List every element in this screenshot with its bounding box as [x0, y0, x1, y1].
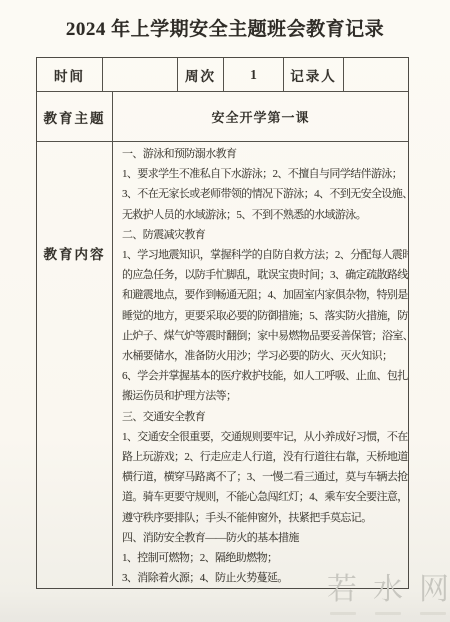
page-title: 2024 年上学期安全主题班会教育记录: [0, 14, 450, 41]
watermark-submark: [330, 612, 356, 615]
content-line: 止炉子、煤气炉等震时翻倒；家中易燃物品要妥善保管；浴室、: [122, 326, 404, 346]
watermark-submarks: [330, 612, 446, 615]
content-line: 睡觉的地方，更要采取必要的防御措施；5、落实防火措施，防: [122, 306, 404, 326]
record-table: 时间 周次 1 记录人 教育主题 安全开学第一课 教育内容 一、游泳和预防溺水教…: [36, 57, 409, 589]
content-line: 遵守秩序要排队；手头不能伸窗外，扶紧把手莫忘记。: [122, 508, 404, 528]
header-row: 时间 周次 1 记录人: [37, 58, 408, 91]
watermark-submark: [420, 612, 446, 615]
watermark-submark: [375, 612, 401, 615]
recorder-value-cell: [344, 58, 408, 91]
content-line: 二、防震减灾教育: [122, 225, 404, 245]
time-label: 时间: [37, 58, 103, 91]
content-line: 三、交通安全教育: [122, 407, 404, 427]
content-line: 搬运伤员和护理方法等；: [122, 386, 404, 406]
content-body: 一、游泳和预防溺水教育1、要求学生不准私自下水游泳；2、不擅自与同学结伴游泳；3…: [113, 142, 408, 586]
week-value: 1: [224, 58, 284, 91]
watermark: 若 水 网: [327, 574, 449, 606]
content-line: 和避震地点，要作到畅通无阻；4、加固室内家俱杂物，特别是: [122, 285, 404, 305]
watermark-char: 网: [419, 574, 449, 606]
content-line: 路上玩游戏；2、行走应走人行道，没有行道往右靠，天桥地道: [122, 447, 404, 467]
content-line: 道。骑车更要守规则，不能心急闯红灯；4、乘车安全要注意，: [122, 487, 404, 507]
content-label: 教育内容: [37, 142, 113, 586]
content-line: 水桶要储水，准备防火用沙；学习必要的防火、灭火知识；: [122, 346, 404, 366]
content-line: 四、消防安全教育——防火的基本措施: [122, 528, 404, 548]
watermark-char: 水: [373, 574, 403, 606]
content-line: 一、游泳和预防溺水教育: [122, 144, 404, 164]
content-line: 横行道，横穿马路离不了；3、一慢二看三通过，莫与车辆去抢: [122, 467, 404, 487]
content-line: 1、交通安全很重要，交通规则要牢记，从小养成好习惯，不在: [122, 427, 404, 447]
content-line: 3、不在无家长或老师带领的情况下游泳；4、不到无安全设施、: [122, 184, 404, 204]
content-line: 无救护人员的水域游泳；5、不到不熟悉的水域游泳。: [122, 205, 404, 225]
content-line: 的应急任务，以防手忙脚乱，耽误宝贵时间；3、确定疏散路线: [122, 265, 404, 285]
content-line: 1、要求学生不准私自下水游泳；2、不擅自与同学结伴游泳；: [122, 164, 404, 184]
theme-row: 教育主题 安全开学第一课: [37, 91, 408, 141]
content-row: 教育内容 一、游泳和预防溺水教育1、要求学生不准私自下水游泳；2、不擅自与同学结…: [37, 141, 408, 586]
theme-label: 教育主题: [37, 92, 113, 141]
content-line: 1、学习地震知识，掌握科学的自防自救方法；2、分配每人震时: [122, 245, 404, 265]
content-line: 1、控制可燃物；2、隔绝助燃物；: [122, 548, 404, 568]
content-line: 6、学会并掌握基本的医疗救护技能，如人工呼吸、止血、包扎、: [122, 366, 404, 386]
week-label: 周次: [178, 58, 224, 91]
time-value-cell: [103, 58, 178, 91]
recorder-label: 记录人: [284, 58, 344, 91]
watermark-char: 若: [327, 574, 357, 606]
theme-value: 安全开学第一课: [113, 92, 408, 141]
